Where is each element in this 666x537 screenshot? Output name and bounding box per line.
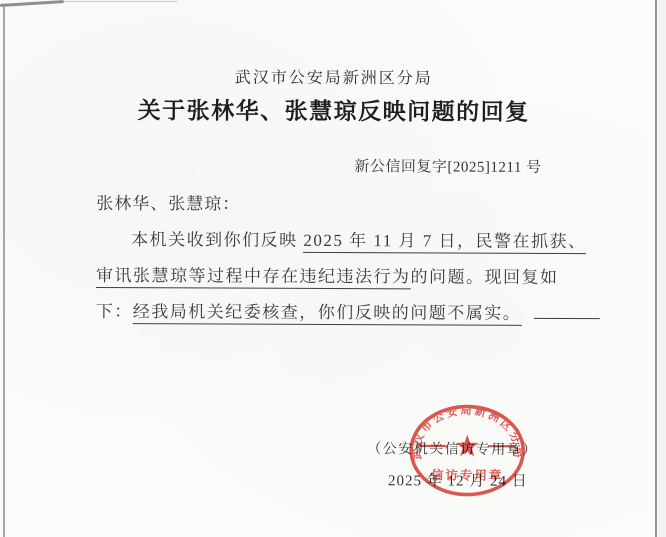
body-line-2: 审讯张慧琼等过程中存在违纪违法行为的问题。现回复如 [96,261,559,288]
ref-number: 新公信回复字[2025]1211 号 [354,155,541,177]
body-line-3-underlined: 经我局机关纪委核查，你们反映的问题不属实。 [133,302,522,325]
body-line-1: 本机关收到你们反映 2025 年 11 月 7 日，民警在抓获、 [131,225,586,252]
body-line-3-blank-underline [533,304,599,320]
star-icon [456,435,479,457]
scanned-document: 武汉市公安局新洲区分局 关于张林华、张慧琼反映问题的回复 新公信回复字[2025… [0,0,666,537]
seal-arc-text: 武汉市公安局新洲区分局 [409,403,525,461]
letter-content: 武汉市公安局新洲区分局 关于张林华、张慧琼反映问题的回复 新公信回复字[2025… [0,0,666,537]
body-line-2-underlined: 审讯张慧琼等过程中存在违纪违法行为 [96,266,411,289]
body-line-3-plain: 下： [96,302,133,321]
body-line-1-plain: 本机关收到你们反映 [131,230,303,250]
org-header: 武汉市公安局新洲区分局 [1,64,666,90]
body-line-1-underlined: 2025 年 11 月 7 日，民警在抓获、 [303,231,586,254]
salutation: 张林华、张慧琼： [96,189,240,215]
body-line-2-plain: 的问题。现回复如 [410,267,558,287]
official-seal: 武汉市公安局新洲区分局 信访专用章 [401,398,533,507]
body-line-3: 下：经我局机关纪委核查，你们反映的问题不属实。 [96,297,600,324]
seal-bottom-text: 信访专用章 [431,467,504,482]
doc-title: 关于张林华、张慧琼反映问题的回复 [1,92,666,128]
